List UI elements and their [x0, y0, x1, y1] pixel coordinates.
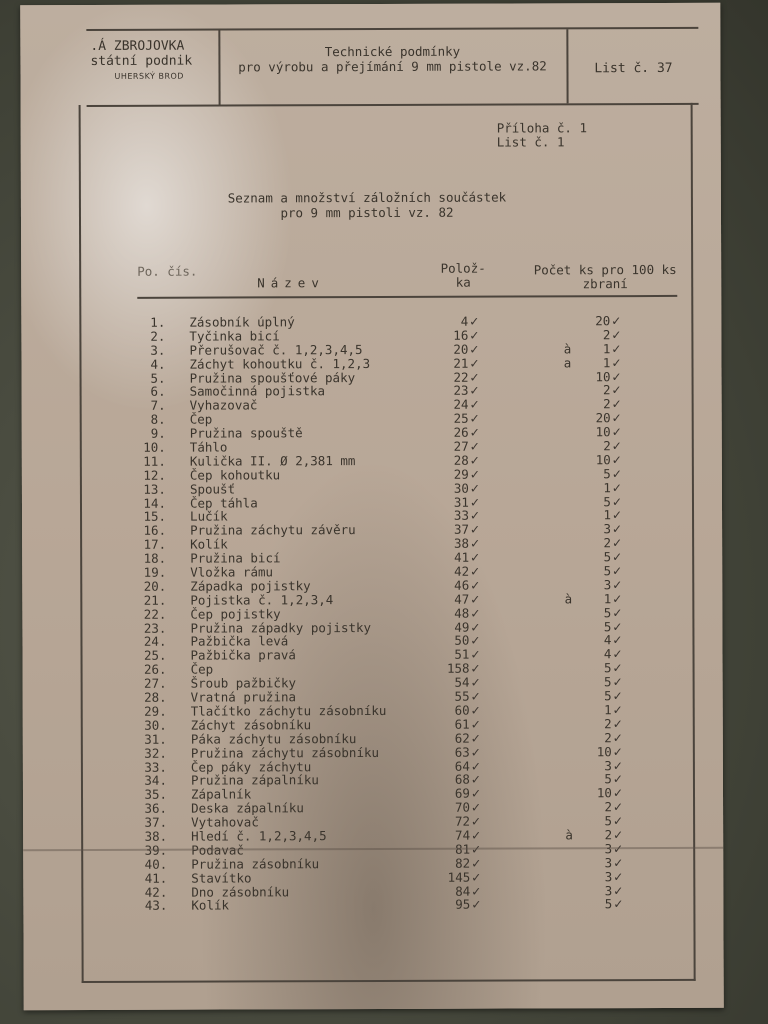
row-number: 36. — [139, 802, 167, 816]
table-header: Po. čís. Název Polož- ka Počet ks pro 10… — [137, 259, 677, 299]
part-name: Táhlo — [190, 441, 228, 455]
item-number: 63 — [455, 744, 470, 759]
row-number: 18. — [138, 552, 166, 566]
each-prefix: à — [562, 592, 574, 606]
title-line-2: pro 9 mm pistoli vz. 82 — [197, 204, 537, 220]
item-number: 49 — [454, 619, 469, 634]
item-cell: 21✓ — [417, 356, 479, 371]
check-mark-icon: ✓ — [613, 786, 623, 800]
part-name: Pružina zásobníku — [191, 857, 319, 871]
check-mark-icon: ✓ — [469, 329, 479, 343]
item-number: 48 — [454, 605, 469, 620]
part-name: Tyčinka bicí — [189, 329, 279, 343]
quantity-value: 4 — [604, 647, 612, 662]
check-mark-icon: ✓ — [470, 634, 480, 648]
quantity-value: 5 — [603, 466, 611, 481]
row-number: 22. — [138, 607, 166, 621]
item-number: 158 — [447, 661, 470, 676]
row-number: 28. — [139, 691, 167, 705]
check-mark-icon: ✓ — [612, 661, 622, 675]
check-mark-icon: ✓ — [612, 606, 622, 620]
row-number: 16. — [138, 524, 166, 538]
quantity-cell: 2✓ — [579, 800, 623, 815]
item-cell: 48✓ — [418, 606, 480, 621]
quantity-cell: 2✓ — [577, 328, 621, 343]
check-mark-icon: ✓ — [612, 411, 622, 425]
spec-line-2: pro výrobu a přejímání 9 mm pistole vz.8… — [218, 58, 566, 74]
quantity-value: 3 — [605, 883, 613, 898]
quantity-value: 2 — [603, 383, 611, 398]
item-number: 37 — [454, 522, 469, 537]
quantity-value: 2 — [603, 327, 611, 342]
check-mark-icon: ✓ — [612, 578, 622, 592]
row-number: 19. — [138, 566, 166, 580]
check-mark-icon: ✓ — [470, 579, 480, 593]
part-name: Kulička II. Ø 2,381 mm — [190, 454, 356, 468]
row-number: 2. — [137, 330, 165, 344]
item-number: 26 — [454, 425, 469, 440]
check-mark-icon: ✓ — [471, 690, 481, 704]
quantity-value: 2 — [603, 397, 611, 412]
item-number: 62 — [455, 730, 470, 745]
item-cell: 60✓ — [419, 704, 481, 719]
item-cell: 26✓ — [418, 426, 480, 441]
check-mark-icon: ✓ — [612, 592, 622, 606]
row-number: 14. — [138, 496, 166, 510]
quantity-value: 5 — [603, 494, 611, 509]
row-number: 4. — [137, 357, 165, 371]
quantity-value: 10 — [597, 785, 612, 800]
item-cell: 54✓ — [419, 676, 481, 691]
quantity-value: 1 — [603, 480, 611, 495]
check-mark-icon: ✓ — [612, 467, 622, 481]
check-mark-icon: ✓ — [612, 648, 622, 662]
part-name: Hledí č. 1,2,3,4,5 — [191, 829, 327, 843]
item-number: 84 — [455, 883, 470, 898]
check-mark-icon: ✓ — [613, 717, 623, 731]
quantity-value: 2 — [604, 535, 612, 550]
check-mark-icon: ✓ — [471, 801, 481, 815]
quantity-value: 20 — [596, 410, 611, 425]
check-mark-icon: ✓ — [612, 509, 622, 523]
check-mark-icon: ✓ — [470, 495, 480, 509]
item-number: 33 — [454, 508, 469, 523]
item-number: 25 — [454, 411, 469, 426]
quantity-value: 5 — [604, 660, 612, 675]
check-mark-icon: ✓ — [470, 565, 480, 579]
annex-label: Příloha č. 1 List č. 1 — [497, 121, 587, 149]
quantity-cell: 1✓ — [578, 592, 622, 607]
spec-line-1: Technické podmínky — [218, 43, 566, 59]
check-mark-icon: ✓ — [611, 356, 621, 370]
check-mark-icon: ✓ — [470, 467, 480, 481]
check-mark-icon: ✓ — [613, 856, 623, 870]
item-cell: 30✓ — [418, 481, 480, 496]
check-mark-icon: ✓ — [471, 773, 481, 787]
check-mark-icon: ✓ — [612, 550, 622, 564]
check-mark-icon: ✓ — [613, 731, 623, 745]
company-name: .Á ZBROJOVKA — [90, 39, 192, 54]
check-mark-icon: ✓ — [613, 898, 623, 912]
part-name: Pružina zápalníku — [191, 774, 319, 788]
item-cell: 28✓ — [418, 454, 480, 469]
item-number: 16 — [453, 328, 468, 343]
part-name: Záchyt zásobníku — [191, 718, 311, 732]
check-mark-icon: ✓ — [470, 551, 480, 565]
part-name: Čep — [191, 663, 214, 677]
item-cell: 42✓ — [418, 565, 480, 580]
quantity-value: 5 — [604, 605, 612, 620]
company-location: UHERSKÝ BROD — [90, 69, 192, 84]
row-number: 13. — [138, 482, 166, 496]
parts-table: 1.Zásobník úplný4✓20✓2.Tyčinka bicí16✓2✓… — [137, 314, 679, 913]
item-cell: 70✓ — [419, 801, 481, 816]
item-number: 28 — [454, 453, 469, 468]
item-number: 72 — [455, 814, 470, 829]
check-mark-icon: ✓ — [471, 829, 481, 843]
part-name: Tlačítko záchytu zásobníku — [191, 704, 387, 719]
row-number: 5. — [138, 371, 166, 385]
quantity-value: 10 — [596, 424, 611, 439]
item-cell: 29✓ — [418, 467, 480, 482]
row-number: 8. — [138, 413, 166, 427]
quantity-cell: 3✓ — [579, 856, 623, 871]
check-mark-icon: ✓ — [471, 898, 481, 912]
quantity-value: 10 — [597, 744, 612, 759]
quantity-value: 3 — [604, 577, 612, 592]
part-name: Pružina spouště — [190, 426, 303, 440]
quantity-value: 5 — [604, 813, 612, 828]
check-mark-icon: ✓ — [611, 342, 621, 356]
row-number: 26. — [139, 663, 167, 677]
check-mark-icon: ✓ — [611, 328, 621, 342]
part-name: Páka záchytu zásobníku — [191, 732, 357, 746]
item-number: 27 — [454, 439, 469, 454]
check-mark-icon: ✓ — [470, 648, 480, 662]
item-number: 145 — [448, 869, 471, 884]
item-number: 70 — [455, 800, 470, 815]
quantity-value: 3 — [605, 869, 613, 884]
quantity-cell: 10✓ — [578, 453, 622, 468]
row-number: 33. — [139, 760, 167, 774]
quantity-cell: 5✓ — [579, 689, 623, 704]
company-block: .Á ZBROJOVKA státní podnik UHERSKÝ BROD — [90, 39, 192, 84]
quantity-cell: 5✓ — [579, 814, 623, 829]
part-name: Kolík — [191, 899, 229, 913]
quantity-value: 2 — [603, 438, 611, 453]
check-mark-icon: ✓ — [471, 815, 481, 829]
item-cell: 74✓ — [419, 829, 481, 844]
row-number: 37. — [139, 816, 167, 830]
check-mark-icon: ✓ — [611, 370, 621, 384]
check-mark-icon: ✓ — [470, 523, 480, 537]
part-name: Dno zásobníku — [191, 885, 289, 899]
quantity-value: 5 — [604, 619, 612, 634]
quantity-cell: 1✓ — [579, 703, 623, 718]
part-name: Čep — [190, 413, 213, 427]
item-number: 55 — [455, 689, 470, 704]
check-mark-icon: ✓ — [470, 592, 480, 606]
item-cell: 16✓ — [417, 329, 479, 344]
check-mark-icon: ✓ — [470, 606, 480, 620]
company-type: státní podnik — [90, 54, 192, 69]
quantity-cell: 1✓ — [578, 481, 622, 496]
check-mark-icon: ✓ — [612, 536, 622, 550]
title-line-1: Seznam a množství záložních součástek — [197, 189, 537, 205]
quantity-value: 2 — [604, 716, 612, 731]
quantity-value: 20 — [595, 313, 610, 328]
quantity-cell: 20✓ — [577, 314, 621, 329]
item-cell: 55✓ — [419, 690, 481, 705]
each-prefix: a — [561, 356, 573, 370]
check-mark-icon: ✓ — [471, 759, 481, 773]
item-cell: 20✓ — [417, 342, 479, 357]
quantity-cell: 10✓ — [579, 745, 623, 760]
item-number: 20 — [453, 341, 468, 356]
quantity-value: 5 — [605, 897, 613, 912]
sheet-number: List č. 37 — [568, 61, 698, 76]
column-header-number: Po. čís. — [137, 265, 197, 279]
check-mark-icon: ✓ — [471, 856, 481, 870]
check-mark-icon: ✓ — [612, 564, 622, 578]
part-name: Čep kohoutku — [190, 468, 280, 482]
check-mark-icon: ✓ — [470, 481, 480, 495]
quantity-value: 1 — [603, 341, 611, 356]
item-cell: 95✓ — [419, 898, 481, 913]
check-mark-icon: ✓ — [469, 315, 479, 329]
item-number: 46 — [454, 578, 469, 593]
row-number: 24. — [138, 635, 166, 649]
row-number: 12. — [138, 469, 166, 483]
check-mark-icon: ✓ — [612, 397, 622, 411]
item-cell: 61✓ — [419, 717, 481, 732]
check-mark-icon: ✓ — [471, 704, 481, 718]
row-number: 17. — [138, 538, 166, 552]
check-mark-icon: ✓ — [471, 676, 481, 690]
check-mark-icon: ✓ — [471, 870, 481, 884]
item-cell: 63✓ — [419, 745, 481, 760]
check-mark-icon: ✓ — [613, 703, 623, 717]
item-cell: 62✓ — [419, 731, 481, 746]
check-mark-icon: ✓ — [470, 384, 480, 398]
row-number: 41. — [139, 871, 167, 885]
item-number: 60 — [455, 703, 470, 718]
item-number: 31 — [454, 494, 469, 509]
quantity-cell: 3✓ — [579, 842, 623, 857]
item-number: 30 — [454, 480, 469, 495]
check-mark-icon: ✓ — [470, 412, 480, 426]
item-number: 54 — [454, 675, 469, 690]
quantity-cell: 5✓ — [579, 675, 623, 690]
check-mark-icon: ✓ — [612, 634, 622, 648]
item-number: 61 — [455, 716, 470, 731]
quantity-cell: 5✓ — [578, 606, 622, 621]
quantity-cell: 3✓ — [578, 578, 622, 593]
quantity-value: 10 — [596, 452, 611, 467]
check-mark-icon: ✓ — [613, 773, 623, 787]
item-number: 74 — [455, 828, 470, 843]
check-mark-icon: ✓ — [613, 675, 623, 689]
check-mark-icon: ✓ — [471, 717, 481, 731]
item-number: 47 — [454, 591, 469, 606]
row-number: 42. — [139, 885, 167, 899]
quantity-value: 3 — [604, 758, 612, 773]
quantity-cell: 5✓ — [578, 550, 622, 565]
check-mark-icon: ✓ — [470, 454, 480, 468]
check-mark-icon: ✓ — [612, 425, 622, 439]
item-number: 95 — [455, 897, 470, 912]
check-mark-icon: ✓ — [612, 439, 622, 453]
row-number: 23. — [138, 621, 166, 635]
table-row: 43.Kolík95✓5✓ — [139, 897, 679, 913]
item-cell: 47✓ — [418, 592, 480, 607]
item-number: 50 — [454, 633, 469, 648]
check-mark-icon: ✓ — [613, 745, 623, 759]
check-mark-icon: ✓ — [613, 828, 623, 842]
row-number: 32. — [139, 746, 167, 760]
part-name: Pružina záchytu závěru — [190, 523, 356, 537]
check-mark-icon: ✓ — [613, 689, 623, 703]
check-mark-icon: ✓ — [612, 495, 622, 509]
row-number: 21. — [138, 594, 166, 608]
item-number: 69 — [455, 786, 470, 801]
quantity-value: 1 — [604, 591, 612, 606]
column-header-name: Název — [257, 276, 325, 290]
header-box: .Á ZBROJOVKA státní podnik UHERSKÝ BROD … — [86, 27, 698, 107]
company-cell: .Á ZBROJOVKA státní podnik UHERSKÝ BROD — [86, 31, 220, 105]
quantity-cell: 5✓ — [578, 564, 622, 579]
row-number: 10. — [138, 441, 166, 455]
check-mark-icon: ✓ — [471, 884, 481, 898]
check-mark-icon: ✓ — [613, 870, 623, 884]
column-header-item: Polož- ka — [437, 262, 489, 290]
row-number: 27. — [139, 677, 167, 691]
row-number: 7. — [138, 399, 166, 413]
quantity-cell: 5✓ — [578, 467, 622, 482]
part-name: Stavítko — [191, 871, 251, 885]
quantity-value: 3 — [605, 855, 613, 870]
item-number: 22 — [453, 369, 468, 384]
part-name: Čep pojistky — [190, 607, 280, 621]
check-mark-icon: ✓ — [470, 537, 480, 551]
item-cell: 145✓ — [419, 870, 481, 885]
row-number: 6. — [138, 385, 166, 399]
item-cell: 27✓ — [418, 440, 480, 455]
check-mark-icon: ✓ — [612, 453, 622, 467]
item-cell: 72✓ — [419, 815, 481, 830]
quantity-cell: 1✓ — [577, 342, 621, 357]
quantity-value: 1 — [603, 508, 611, 523]
check-mark-icon: ✓ — [469, 342, 479, 356]
row-number: 20. — [138, 580, 166, 594]
document-title: Seznam a množství záložních součástek pr… — [197, 189, 537, 220]
check-mark-icon: ✓ — [470, 509, 480, 523]
check-mark-icon: ✓ — [469, 370, 479, 384]
check-mark-icon: ✓ — [612, 620, 622, 634]
item-number: 64 — [455, 758, 470, 773]
check-mark-icon: ✓ — [612, 384, 622, 398]
quantity-value: 2 — [604, 799, 612, 814]
part-name: Pružina záchytu zásobníku — [191, 746, 379, 761]
item-number: 41 — [454, 550, 469, 565]
item-cell: 46✓ — [418, 579, 480, 594]
item-number: 42 — [454, 564, 469, 579]
check-mark-icon: ✓ — [611, 314, 621, 328]
document-sheet: .Á ZBROJOVKA státní podnik UHERSKÝ BROD … — [20, 3, 724, 1010]
column-header-quantity: Počet ks pro 100 ks zbraní — [519, 263, 691, 292]
part-name: Pojistka č. 1,2,3,4 — [190, 593, 333, 607]
quantity-value: 1 — [604, 702, 612, 717]
row-number: 30. — [139, 719, 167, 733]
item-number: 23 — [453, 383, 468, 398]
quantity-value: 5 — [604, 674, 612, 689]
quantity-value: 2 — [604, 730, 612, 745]
item-cell: 4✓ — [417, 315, 479, 330]
quantity-value: 3 — [603, 522, 611, 537]
quantity-value: 10 — [595, 369, 610, 384]
quantity-value: 1 — [603, 355, 611, 370]
row-number: 40. — [139, 857, 167, 871]
row-number: 29. — [139, 705, 167, 719]
annex-sheet: List č. 1 — [497, 135, 587, 149]
check-mark-icon: ✓ — [613, 884, 623, 898]
each-prefix: à — [563, 828, 575, 842]
check-mark-icon: ✓ — [470, 398, 480, 412]
row-number: 34. — [139, 774, 167, 788]
row-number: 31. — [139, 732, 167, 746]
part-name: Pažbička pravá — [190, 649, 295, 663]
quantity-value: 2 — [605, 827, 613, 842]
row-number: 15. — [138, 510, 166, 524]
row-number: 43. — [139, 899, 167, 913]
part-name: Spoušť — [190, 482, 235, 496]
part-name: Vyhazovač — [190, 399, 258, 413]
quantity-value: 5 — [604, 563, 612, 578]
row-number: 35. — [139, 788, 167, 802]
check-mark-icon: ✓ — [471, 787, 481, 801]
row-number: 9. — [138, 427, 166, 441]
item-number: 4 — [461, 314, 469, 329]
check-mark-icon: ✓ — [612, 481, 622, 495]
item-number: 38 — [454, 536, 469, 551]
check-mark-icon: ✓ — [613, 814, 623, 828]
quantity-cell: 5✓ — [579, 898, 623, 913]
item-cell: 81✓ — [419, 842, 481, 857]
check-mark-icon: ✓ — [470, 426, 480, 440]
quantity-cell: 2✓ — [579, 828, 623, 843]
quantity-value: 5 — [604, 772, 612, 787]
check-mark-icon: ✓ — [470, 440, 480, 454]
check-mark-icon: ✓ — [613, 800, 623, 814]
quantity-cell: 3✓ — [579, 870, 623, 885]
row-number: 1. — [137, 316, 165, 330]
item-number: 21 — [453, 355, 468, 370]
check-mark-icon: ✓ — [471, 731, 481, 745]
part-name: Záchyt kohoutku č. 1,2,3 — [189, 357, 370, 372]
row-number: 25. — [138, 649, 166, 663]
item-number: 82 — [455, 855, 470, 870]
check-mark-icon: ✓ — [471, 745, 481, 759]
quantity-value: 4 — [604, 633, 612, 648]
check-mark-icon: ✓ — [469, 356, 479, 370]
item-number: 68 — [455, 772, 470, 787]
item-number: 24 — [453, 397, 468, 412]
spec-title: Technické podmínky pro výrobu a přejímán… — [218, 43, 566, 74]
quantity-cell: 2✓ — [579, 717, 623, 732]
each-prefix: à — [561, 342, 573, 356]
row-number: 38. — [139, 830, 167, 844]
check-mark-icon: ✓ — [470, 620, 480, 634]
